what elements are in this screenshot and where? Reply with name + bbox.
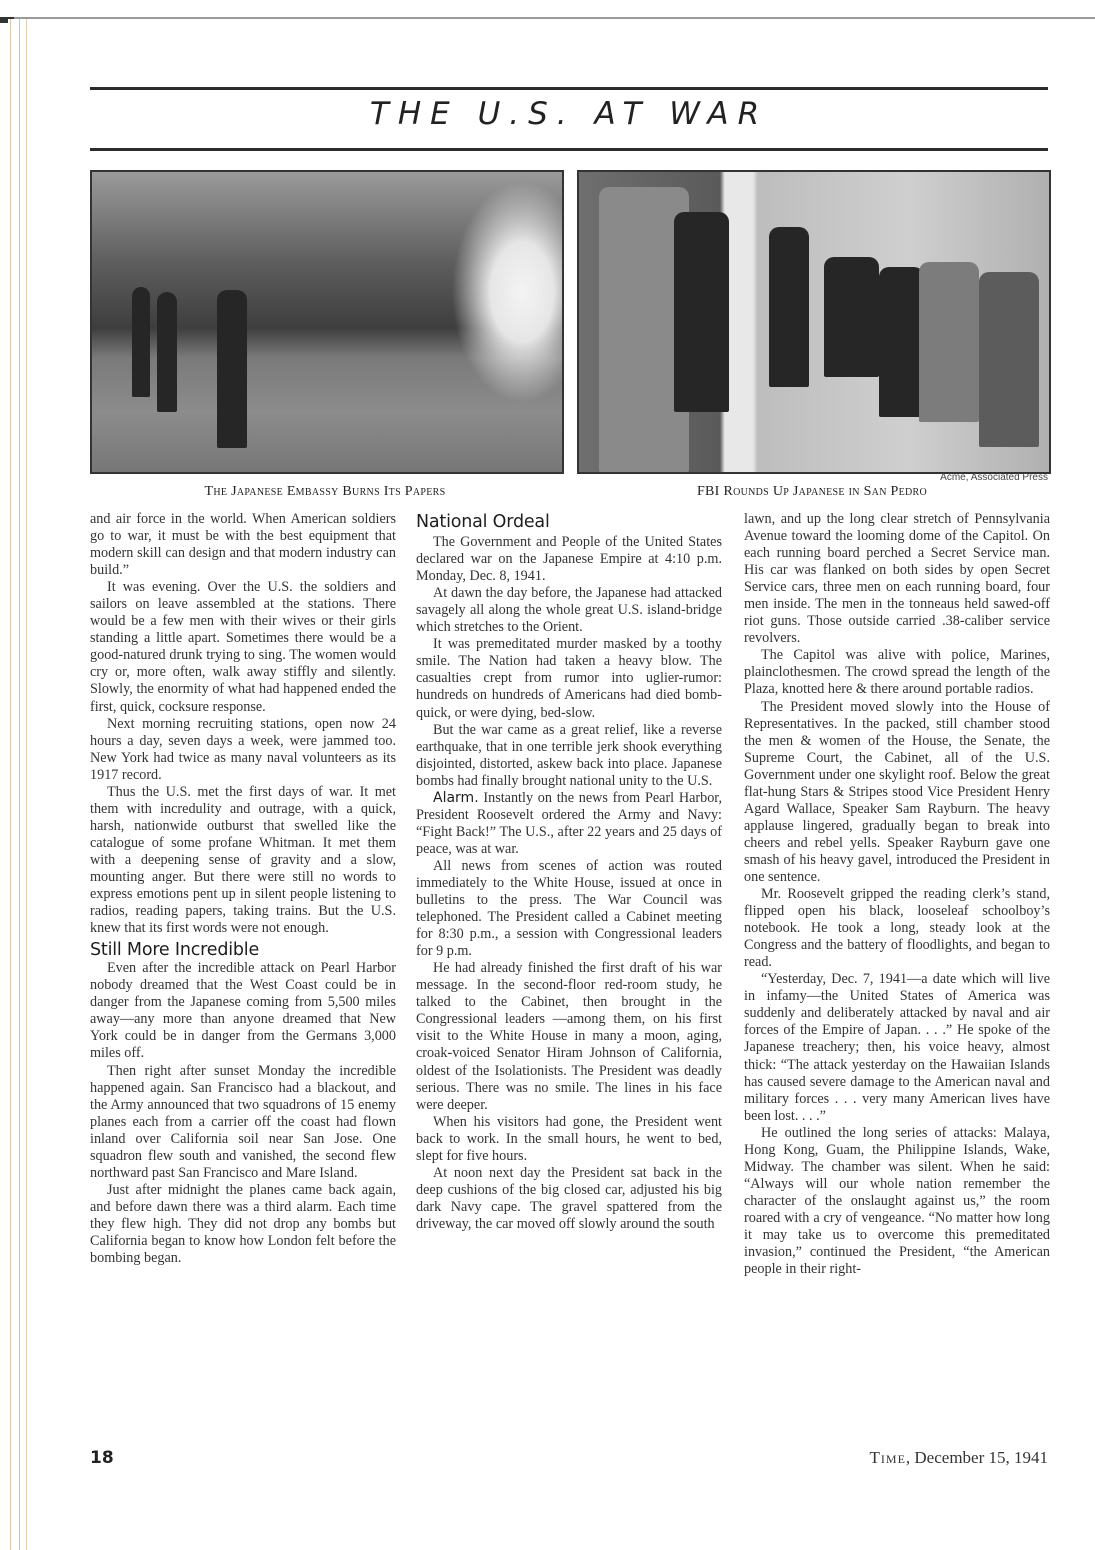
- paragraph: and air force in the world. When America…: [90, 511, 396, 579]
- article-column-3: lawn, and up the long clear stretch of P…: [744, 511, 1050, 1278]
- paragraph: Then right after sunset Monday the incre…: [90, 1063, 396, 1182]
- paragraph: It was premeditated murder masked by a t…: [416, 636, 722, 721]
- header-rule-bottom: [90, 148, 1048, 151]
- paragraph: But the war came as a great relief, like…: [416, 722, 722, 790]
- header-rule-top: [90, 87, 1048, 90]
- photo-figure: [769, 227, 809, 387]
- photo-figure: [979, 272, 1039, 447]
- photo-figure: [674, 212, 729, 412]
- article-column-2: National Ordeal The Government and Peopl…: [416, 514, 722, 1233]
- photo-credit: Acme, Associated Press: [940, 472, 1048, 483]
- magazine-name: Time: [870, 1448, 906, 1467]
- paragraph: The Government and People of the United …: [416, 534, 722, 585]
- photo-fbi-san-pedro: [577, 170, 1051, 474]
- subhead-national-ordeal: National Ordeal: [416, 514, 722, 531]
- photo-figure: [132, 287, 150, 397]
- paragraph: At noon next day the President sat back …: [416, 1165, 722, 1233]
- paragraph: lawn, and up the long clear stretch of P…: [744, 511, 1050, 647]
- page-footer: Time, December 15, 1941: [870, 1448, 1048, 1468]
- paragraph: It was evening. Over the U.S. the soldie…: [90, 579, 396, 715]
- paragraph: The Capitol was alive with police, Marin…: [744, 647, 1050, 698]
- page-number: 18: [90, 1448, 114, 1468]
- paragraph: Even after the incredible attack on Pear…: [90, 960, 396, 1062]
- photo-caption-right: FBI Rounds Up Japanese in San Pedro: [577, 484, 1047, 500]
- page-top-edge: [0, 17, 1095, 19]
- paragraph: All news from scenes of action was route…: [416, 858, 722, 960]
- photo-caption-left: The Japanese Embassy Burns Its Papers: [90, 484, 560, 500]
- photo-figure: [157, 292, 177, 412]
- photo-figure: [824, 257, 879, 377]
- paragraph: Mr. Roosevelt gripped the reading clerk’…: [744, 886, 1050, 971]
- paragraph: He had already finished the first draft …: [416, 960, 722, 1113]
- paragraph: At dawn the day before, the Japanese had…: [416, 585, 722, 636]
- binding-spine: [8, 19, 30, 1550]
- paragraph: When his visitors had gone, the Presiden…: [416, 1114, 722, 1165]
- article-column-1: and air force in the world. When America…: [90, 511, 396, 1267]
- photo-figure: [879, 267, 924, 417]
- photo-embassy-burning-papers: [90, 170, 564, 474]
- paragraph: “Yesterday, Dec. 7, 1941—a date which wi…: [744, 971, 1050, 1124]
- paragraph: Thus the U.S. met the first days of war.…: [90, 784, 396, 937]
- paragraph-alarm: Alarm. Instantly on the news from Pearl …: [416, 790, 722, 858]
- section-title: THE U.S. AT WAR: [90, 96, 1048, 132]
- paragraph: The President moved slowly into the Hous…: [744, 699, 1050, 887]
- issue-date: , December 15, 1941: [906, 1448, 1048, 1467]
- subhead-still-more-incredible: Still More Incredible: [90, 942, 396, 959]
- photo-figure: [919, 262, 979, 422]
- paragraph: Next morning recruiting stations, open n…: [90, 716, 396, 784]
- runin-heading-alarm: Alarm.: [433, 790, 479, 806]
- photo-figure: [217, 290, 247, 448]
- paragraph: Just after midnight the planes came back…: [90, 1182, 396, 1267]
- paragraph: He outlined the long series of attacks: …: [744, 1125, 1050, 1278]
